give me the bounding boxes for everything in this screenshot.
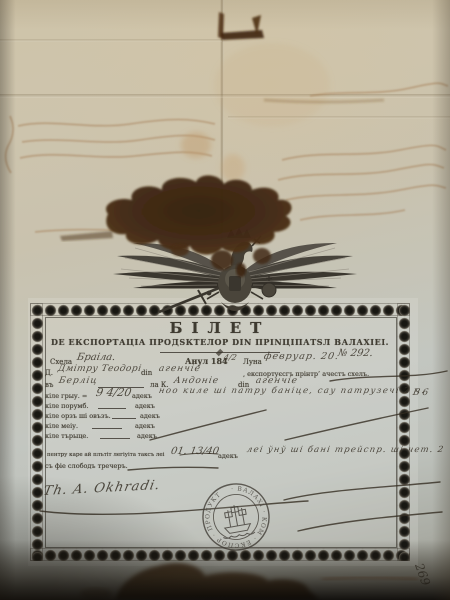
large-ink-blot — [60, 175, 292, 277]
top-fold-stain — [218, 12, 384, 102]
document-photo: БІЛЕТ DE ЕКСПОРТАЦІА ПРОДЅКТЕЛОР DIN ПРІ… — [0, 0, 450, 600]
bottom-smear-stain — [80, 563, 418, 600]
ink-stains — [0, 0, 450, 600]
